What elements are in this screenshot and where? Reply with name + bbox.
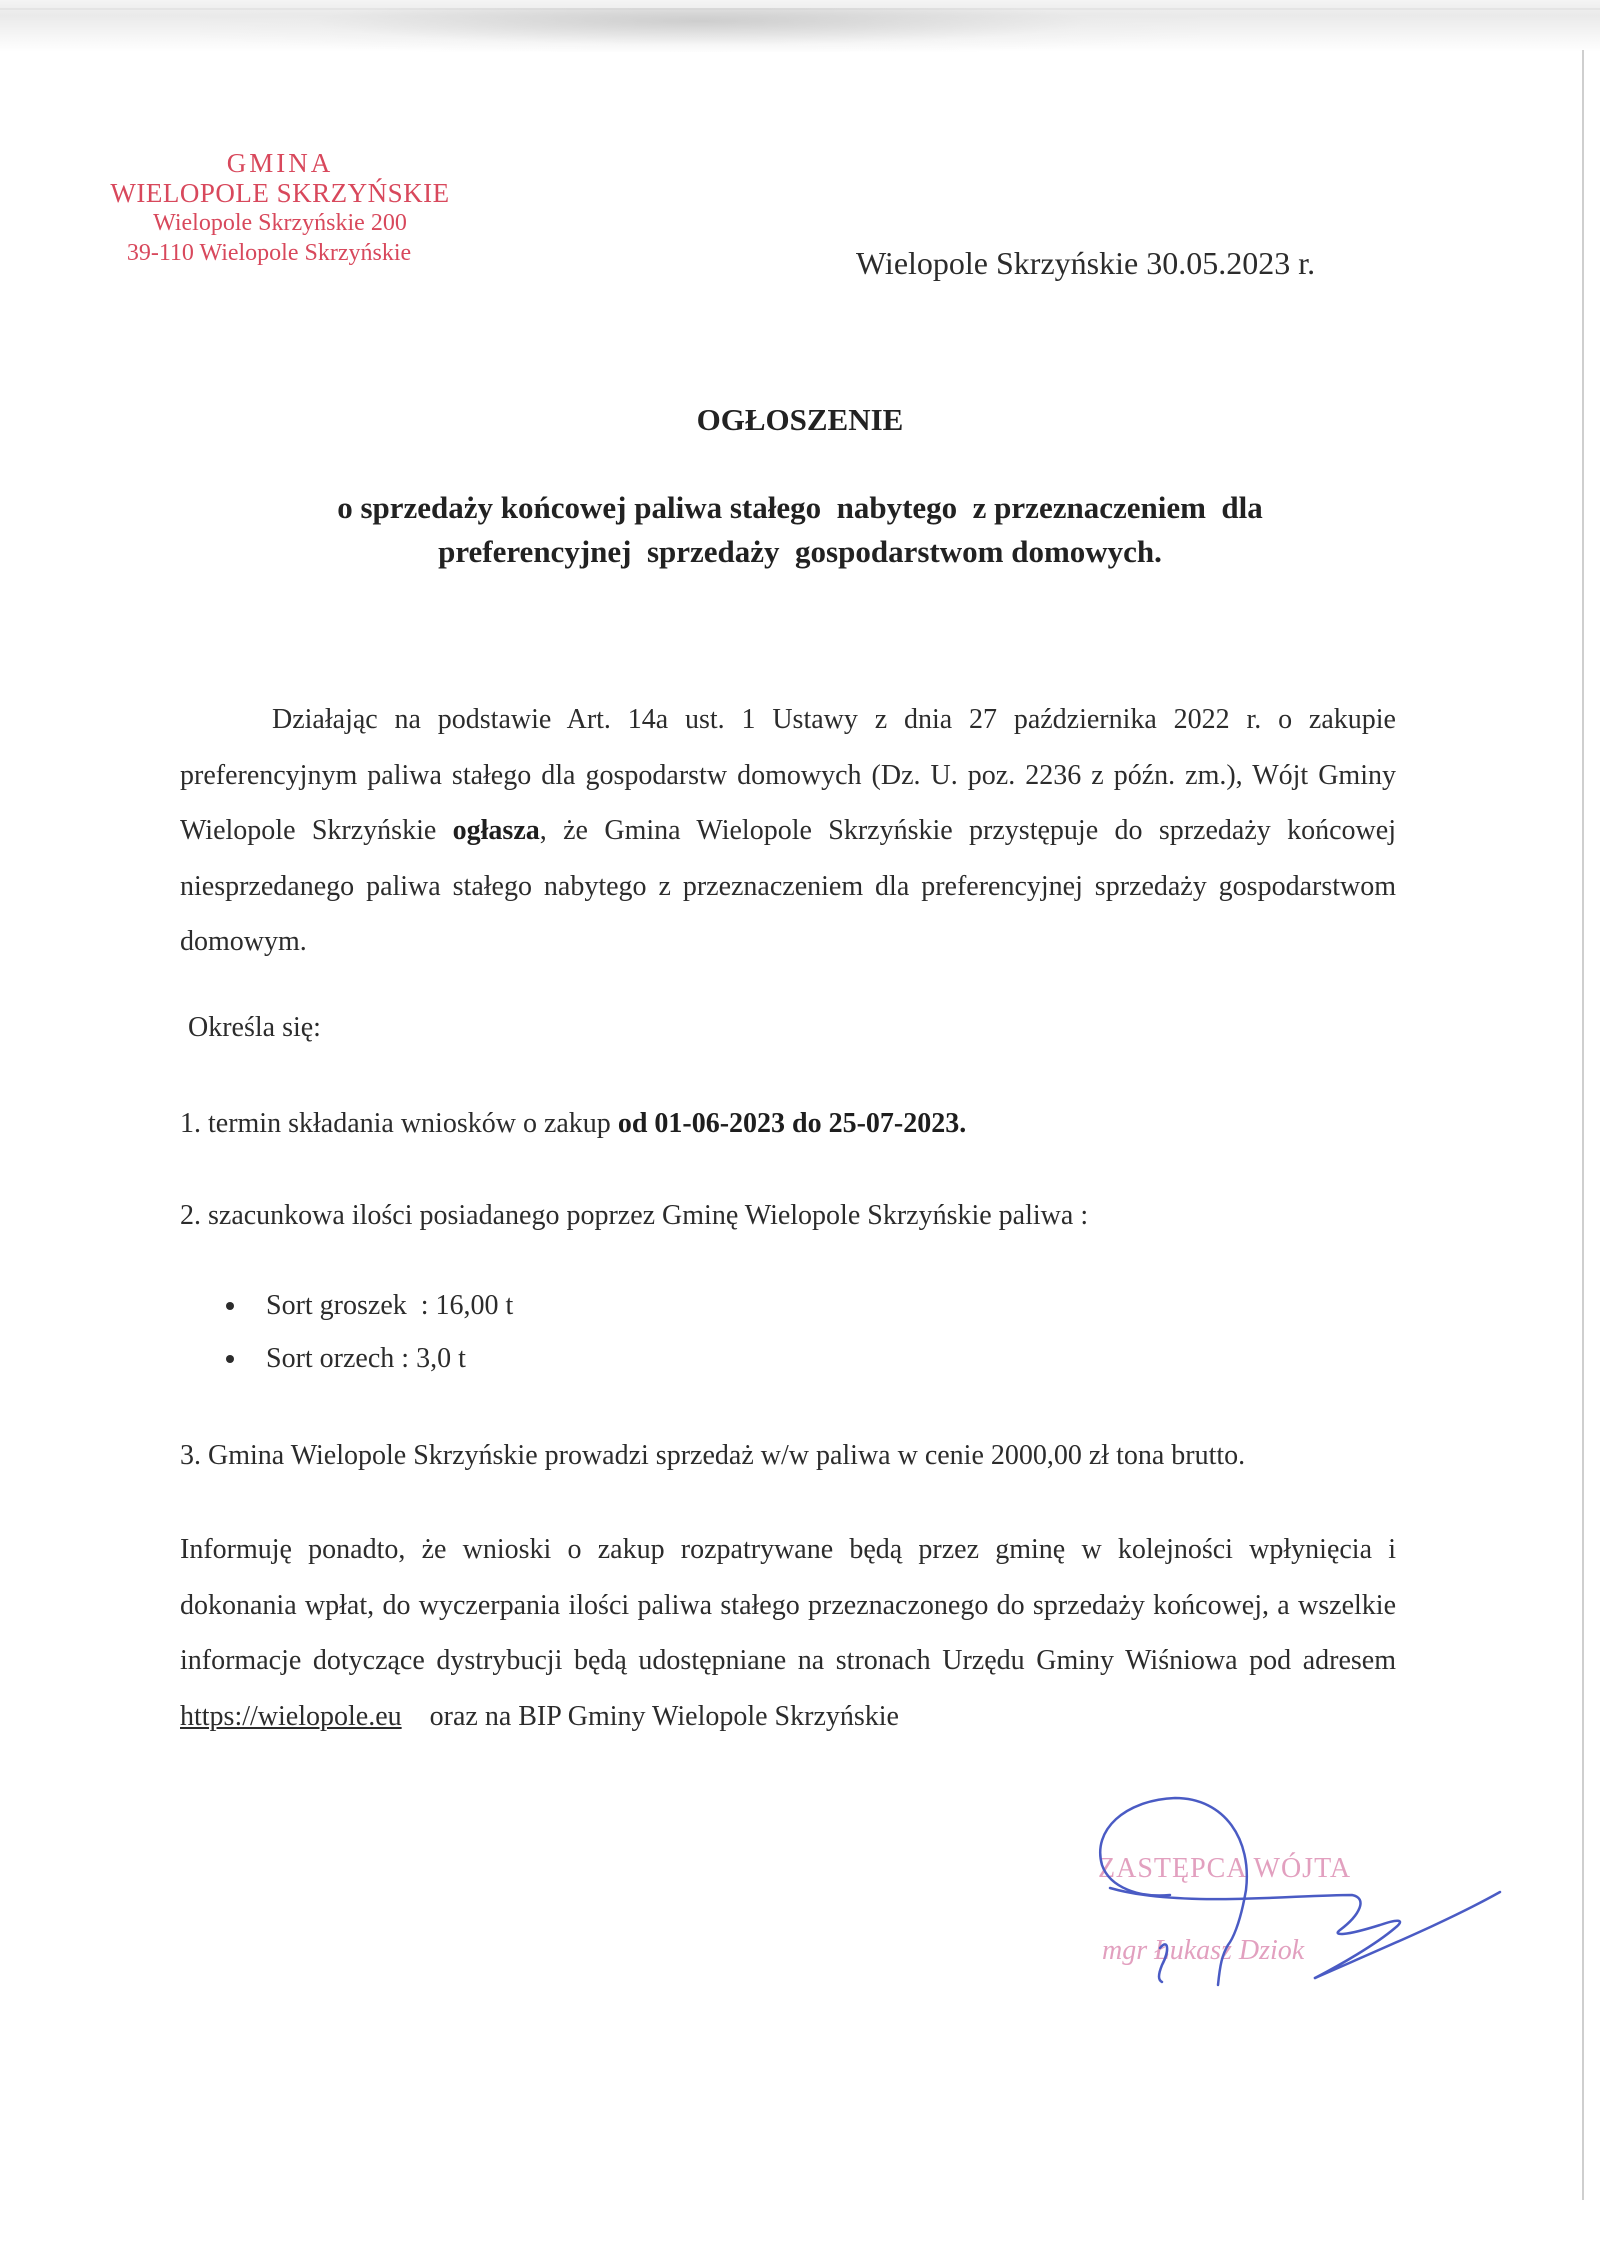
intro-bold-announces: ogłasza (453, 815, 540, 846)
closing-paragraph: Informuję ponadto, że wnioski o zakup ro… (180, 1522, 1396, 1744)
place-and-date: Wielopole Skrzyńskie 30.05.2023 r. (856, 245, 1315, 282)
closing-text-1: Informuję ponadto, że wnioski o zakup ro… (180, 1534, 1396, 1676)
specification-label: Określa się: (188, 1012, 321, 1044)
stamp-line-1: GMINA (100, 148, 460, 178)
fuel-sort-label: Sort orzech : 3,0 t (266, 1343, 466, 1374)
closing-text-2: oraz na BIP Gminy Wielopole Skrzyńskie (402, 1701, 899, 1732)
handwritten-signature (1000, 1770, 1540, 2000)
stamp-line-2: WIELOPOLE SKRZYŃSKIE (100, 178, 460, 208)
stamp-line-3: Wielopole Skrzyńskie 200 (100, 208, 460, 238)
intro-paragraph: Działając na podstawie Art. 14a ust. 1 U… (180, 692, 1396, 970)
document-subtitle: o sprzedaży końcowej paliwa stałego naby… (220, 486, 1380, 574)
fuel-sort-item: Sort groszek : 16,00 t (226, 1290, 513, 1322)
document-title: OGŁOSZENIE (0, 402, 1600, 438)
municipality-stamp: GMINA WIELOPOLE SKRZYŃSKIE Wielopole Skr… (100, 148, 460, 268)
scan-right-edge (1582, 50, 1584, 2200)
fuel-sort-label: Sort groszek : 16,00 t (266, 1290, 513, 1321)
fuel-sort-item: Sort orzech : 3,0 t (226, 1343, 466, 1375)
item-application-deadline: 1. termin składania wniosków o zakup od … (180, 1108, 966, 1140)
subtitle-line-2: preferencyjnej sprzedaży gospodarstwom d… (220, 530, 1380, 574)
scan-shadow (200, 8, 1200, 52)
stamp-line-4: 39-110 Wielopole Skrzyńskie (78, 238, 460, 268)
bullet-icon (226, 1355, 234, 1363)
website-link[interactable]: https://wielopole.eu (180, 1701, 402, 1732)
bullet-icon (226, 1302, 234, 1310)
item-1-dates: od 01-06-2023 do 25-07-2023. (618, 1108, 966, 1139)
item-fuel-quantity: 2. szacunkowa ilości posiadanego poprzez… (180, 1200, 1088, 1232)
subtitle-line-1: o sprzedaży końcowej paliwa stałego naby… (220, 486, 1380, 530)
item-1-text: 1. termin składania wniosków o zakup (180, 1108, 618, 1139)
item-price: 3. Gmina Wielopole Skrzyńskie prowadzi s… (180, 1440, 1245, 1472)
